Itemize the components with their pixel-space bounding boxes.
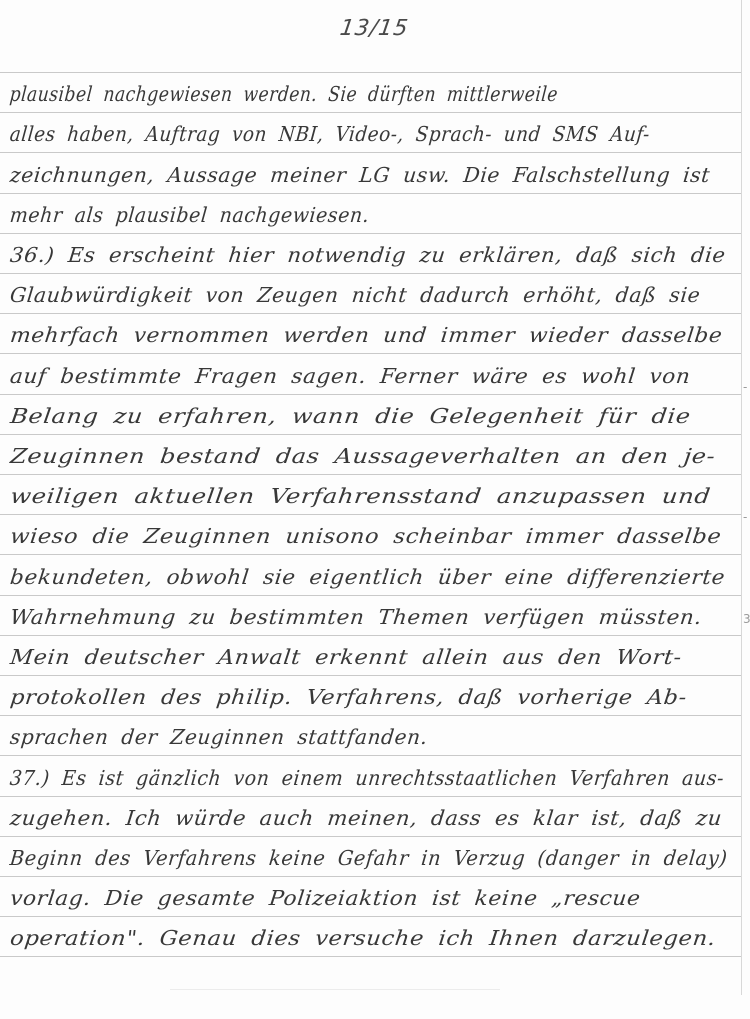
text-line: auf bestimmte Fragen sagen. Ferner wäre …: [8, 364, 692, 396]
text-line: plausibel nachgewiesen werden. Sie dürft…: [8, 82, 559, 114]
text-line: Zeuginnen bestand das Aussageverhalten a…: [8, 444, 717, 476]
margin-mark: 3: [743, 612, 750, 626]
text-line: operation". Genau dies versuche ich Ihne…: [8, 926, 717, 958]
text-line: wieso die Zeuginnen unisono scheinbar im…: [8, 524, 723, 556]
text-line: sprachen der Zeuginnen stattfanden.: [8, 725, 429, 757]
text-line: mehr als plausibel nachgewiesen.: [8, 203, 371, 235]
text-line: bekundeten, obwohl sie eigentlich über e…: [8, 565, 726, 597]
page-number: 13/15: [338, 16, 422, 41]
text-line: weiligen aktuellen Verfahrensstand anzup…: [8, 484, 712, 516]
handwritten-page: 13/15 plausibel nachgewiesen werden. Sie…: [0, 0, 750, 1019]
paper-bottom-edge: [170, 989, 500, 990]
margin-mark: -: [743, 510, 747, 524]
text-line: alles haben, Auftrag von NBI, Video-, Sp…: [8, 122, 651, 154]
text-line: zeichnungen, Aussage meiner LG usw. Die …: [8, 163, 711, 195]
text-line: protokollen des philip. Verfahrens, daß …: [8, 685, 688, 717]
margin-mark: -: [743, 380, 747, 394]
text-line: vorlag. Die gesamte Polizeiaktion ist ke…: [8, 886, 642, 918]
text-line: Belang zu erfahren, wann die Gelegenheit…: [8, 404, 692, 436]
text-line: Mein deutscher Anwalt erkennt allein aus…: [8, 645, 683, 677]
text-line: Wahrnehmung zu bestimmten Themen verfüge…: [8, 605, 703, 637]
ruled-line: [0, 72, 741, 73]
right-margin-line: [741, 0, 742, 995]
text-line: zugehen. Ich würde auch meinen, dass es …: [8, 806, 723, 838]
text-line: 36.) Es erscheint hier notwendig zu erkl…: [8, 243, 727, 275]
text-line: Glaubwürdigkeit von Zeugen nicht dadurch…: [8, 283, 702, 315]
text-line: 37.) Es ist gänzlich von einem unrechtss…: [8, 766, 725, 798]
text-line: mehrfach vernommen werden und immer wied…: [8, 323, 724, 355]
text-line: Beginn des Verfahrens keine Gefahr in Ve…: [8, 846, 729, 878]
